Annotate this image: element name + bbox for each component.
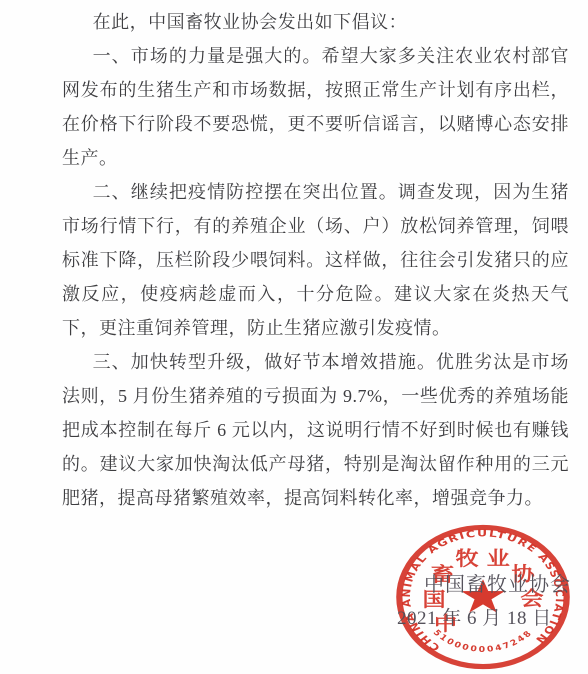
signature-org-name: 中国畜牧业协会 [424, 568, 574, 597]
paragraph-intro: 在此，中国畜牧业协会发出如下倡议： [62, 5, 569, 39]
seal-char-5: 业 [487, 548, 511, 570]
seal-char-4: 牧 [456, 547, 480, 570]
paragraph-proposal-1: 一、市场的力量是强大的。希望大家多关注农业农村部官网发布的生猪生产和市场数据，按… [62, 39, 569, 175]
paragraph-proposal-2: 二、继续把疫情防控摆在突出位置。调查发现，因为生猪市场行情下行，有的养殖企业（场… [62, 175, 569, 345]
document-page: 在此，中国畜牧业协会发出如下倡议： 一、市场的力量是强大的。希望大家多关注农业农… [0, 0, 588, 674]
signature-date: 2021 年 6 月 18 日 [397, 603, 577, 630]
paragraph-proposal-3: 三、加快转型升级，做好节本增效措施。优胜劣汰是市场法则，5 月份生猪养殖的亏损面… [62, 345, 569, 515]
official-seal: CHINA ANIMAL AGRICULTURE ASSOCIATION 510… [394, 523, 572, 671]
seal-graphic: CHINA ANIMAL AGRICULTURE ASSOCIATION 510… [394, 523, 572, 671]
document-body: 在此，中国畜牧业协会发出如下倡议： 一、市场的力量是强大的。希望大家多关注农业农… [62, 5, 569, 515]
